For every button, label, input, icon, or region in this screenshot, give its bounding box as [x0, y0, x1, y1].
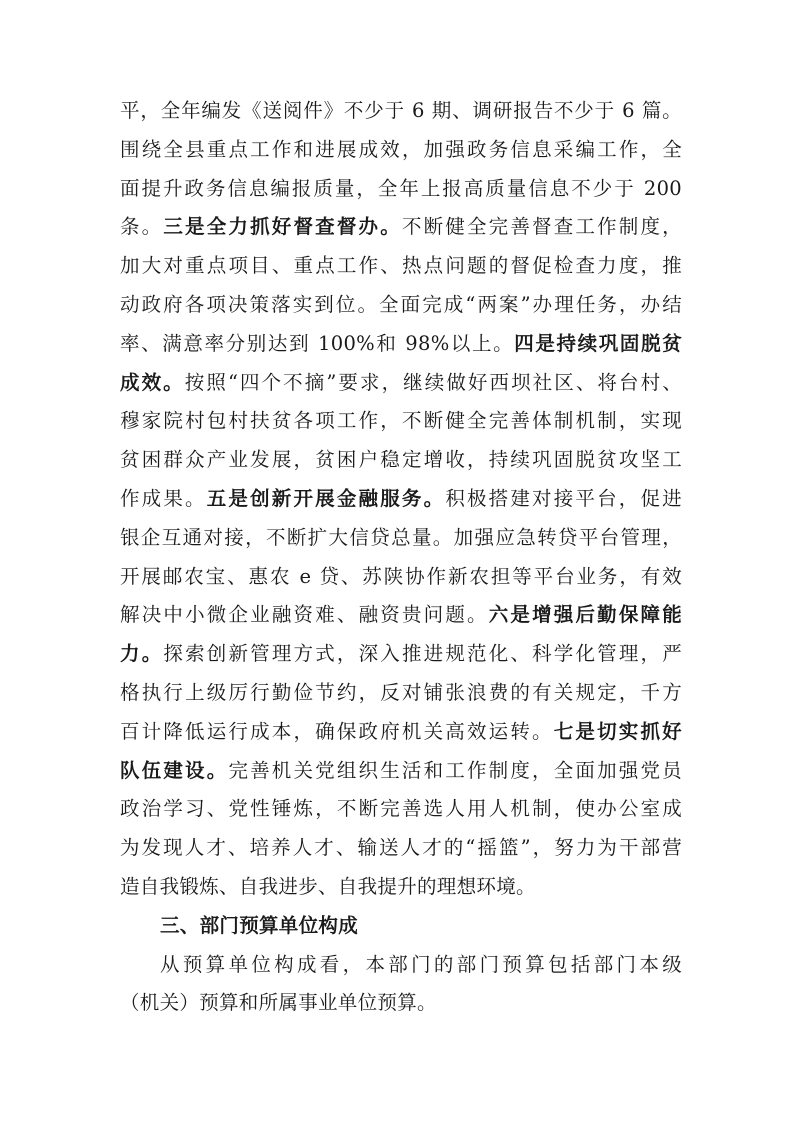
text-run: 不断健全完善督查工作制度，	[402, 215, 682, 238]
bold-lead-phrase: 力。	[120, 642, 163, 665]
text-line: 格执行上级厉行勤俭节约，反对铺张浪费的有关规定，千方	[120, 674, 682, 713]
text-run: 围绕全县重点工作和进展成效，加强政务信息采编工作，全	[120, 138, 682, 161]
text-line: 力。探索创新管理方式，深入推进规范化、科学化管理，严	[120, 635, 682, 674]
section-heading: 三、部门预算单位构成	[120, 907, 682, 946]
text-run: 政治学习、党性锤炼，不断完善选人用人机制，使办公室成	[120, 797, 682, 820]
text-line: 贫困群众产业发展，贫困户稳定增收，持续巩固脱贫攻坚工	[120, 441, 682, 480]
text-line: 解决中小微企业融资难、融资贵问题。六是增强后勤保障能	[120, 596, 682, 635]
text-run: 积极搭建对接平台，促进	[445, 487, 682, 510]
document-body: 平，全年编发《送阅件》不少于 6 期、调研报告不少于 6 篇。 围绕全县重点工作…	[120, 92, 682, 1023]
text-run: 穆家院村包村扶贫各项工作，不断健全完善体制机制，实现	[120, 409, 682, 432]
text-line: 为发现人才、培养人才、输送人才的“摇篮”，努力为干部营	[120, 829, 682, 868]
bold-lead-phrase: 四是持续巩固脱贫	[514, 332, 682, 355]
bold-lead-phrase: 五是创新开展金融服务。	[207, 487, 446, 510]
text-line: 穆家院村包村扶贫各项工作，不断健全完善体制机制，实现	[120, 402, 682, 441]
section-paragraph-line: （机关）预算和所属事业单位预算。	[120, 984, 682, 1023]
text-run: 按照“四个不摘”要求，继续做好西坝社区、将台村、	[185, 371, 682, 394]
text-line: 成效。按照“四个不摘”要求，继续做好西坝社区、将台村、	[120, 364, 682, 403]
text-line: 率、满意率分别达到 100%和 98%以上。四是持续巩固脱贫	[120, 325, 682, 364]
document-page: 平，全年编发《送阅件》不少于 6 期、调研报告不少于 6 篇。 围绕全县重点工作…	[0, 0, 793, 1122]
text-line: 动政府各项决策落实到位。全面完成“两案”办理任务，办结	[120, 286, 682, 325]
text-line: 面提升政务信息编报质量，全年上报高质量信息不少于 200	[120, 170, 682, 209]
text-line: 平，全年编发《送阅件》不少于 6 期、调研报告不少于 6 篇。	[120, 92, 682, 131]
text-run: 造自我锻炼、自我进步、自我提升的理想环境。	[120, 875, 536, 898]
bold-lead-phrase: 三是全力抓好督查督办。	[163, 215, 402, 238]
text-run: 银企互通对接，不断扩大信贷总量。加强应急转贷平台管理，	[120, 526, 682, 549]
text-run: 动政府各项决策落实到位。全面完成“两案”办理任务，办结	[120, 293, 682, 316]
text-line: 开展邮农宝、惠农 e 贷、苏陕协作新农担等平台业务，有效	[120, 558, 682, 597]
text-line: 作成果。五是创新开展金融服务。积极搭建对接平台，促进	[120, 480, 682, 519]
text-line: 造自我锻炼、自我进步、自我提升的理想环境。	[120, 868, 682, 907]
text-run: （机关）预算和所属事业单位预算。	[120, 991, 437, 1014]
text-line: 条。三是全力抓好督查督办。不断健全完善督查工作制度，	[120, 208, 682, 247]
text-line: 政治学习、党性锤炼，不断完善选人用人机制，使办公室成	[120, 790, 682, 829]
text-run: 平，全年编发《送阅件》不少于 6 期、调研报告不少于 6 篇。	[120, 99, 682, 122]
bold-lead-phrase: 成效。	[120, 371, 185, 394]
text-run: 开展邮农宝、惠农 e 贷、苏陕协作新农担等平台业务，有效	[120, 565, 682, 588]
text-run: 率、满意率分别达到 100%和 98%以上。	[120, 332, 514, 355]
text-run: 解决中小微企业融资难、融资贵问题。	[120, 603, 489, 626]
text-run: 贫困群众产业发展，贫困户稳定增收，持续巩固脱贫攻坚工	[120, 448, 682, 471]
text-run: 加大对重点项目、重点工作、热点问题的督促检查力度，推	[120, 254, 682, 277]
text-run: 百计降低运行成本，确保政府机关高效运转。	[120, 720, 554, 743]
text-line: 围绕全县重点工作和进展成效，加强政务信息采编工作，全	[120, 131, 682, 170]
text-line: 加大对重点项目、重点工作、热点问题的督促检查力度，推	[120, 247, 682, 286]
text-run: 为发现人才、培养人才、输送人才的“摇篮”，努力为干部营	[120, 836, 682, 859]
text-line: 银企互通对接，不断扩大信贷总量。加强应急转贷平台管理，	[120, 519, 682, 558]
text-run: 条。	[120, 215, 163, 238]
text-line: 队伍建设。完善机关党组织生活和工作制度，全面加强党员	[120, 752, 682, 791]
text-run: 格执行上级厉行勤俭节约，反对铺张浪费的有关规定，千方	[120, 681, 682, 704]
text-run: 探索创新管理方式，深入推进规范化、科学化管理，严	[163, 642, 682, 665]
text-run: 完善机关党组织生活和工作制度，全面加强党员	[228, 759, 682, 782]
bold-lead-phrase: 队伍建设。	[120, 759, 228, 782]
text-line: 百计降低运行成本，确保政府机关高效运转。七是切实抓好	[120, 713, 682, 752]
section-paragraph-line: 从预算单位构成看，本部门的部门预算包括部门本级	[120, 946, 682, 985]
text-run: 面提升政务信息编报质量，全年上报高质量信息不少于 200	[120, 177, 682, 200]
text-run: 作成果。	[120, 487, 207, 510]
text-run: 从预算单位构成看，本部门的部门预算包括部门本级	[160, 953, 682, 976]
bold-lead-phrase: 六是增强后勤保障能	[489, 603, 682, 626]
bold-lead-phrase: 七是切实抓好	[554, 720, 682, 743]
